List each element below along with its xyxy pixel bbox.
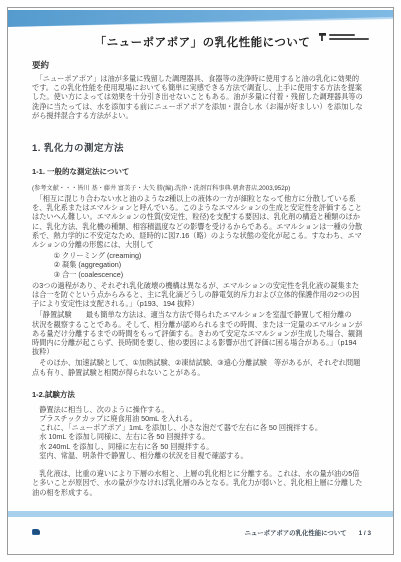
text-line: と多いことが原因で、水の量が少なければ乳化層のみとなる。乳化力が弱いと、乳化相上…: [32, 478, 373, 487]
text-line: ルションの分離の形態には、大別して: [32, 240, 373, 249]
section-1-1-heading: 1-1. 一般的な測定法について: [32, 166, 373, 177]
page-sheet: 「ニューポアポア」の乳化性能について 要約 「ニューポアポア」は油が多量に残留し…: [7, 7, 394, 555]
text-line: ③ 合一 (coalescence): [32, 270, 373, 279]
method-steps: 静置法に相当し、次のように操作する。 プラスチックカップに廃食用油 50mL を…: [32, 405, 373, 460]
document-title: 「ニューポアポア」の乳化性能について: [32, 34, 373, 50]
text-line: 室内、常温、明条件で静置し、相分離の状況を目視で確認する。: [32, 451, 373, 460]
text-line: 点も有り、静置試験と相関が得られないことがある。: [32, 368, 373, 377]
text-line: 「相互に混じり合わない水と油のような2種以上の液体の一方が細粒となって他方に分散…: [32, 194, 373, 203]
text-line: 油の相を形成する。: [32, 488, 373, 497]
text-line: です。この乳化性能を使用現場においても簡単に実感できる方法で調査し、上手に使用す…: [32, 83, 373, 92]
text-line: はたいへん難しい。エマルションの性質(安定性、粒径)を支配する要因は、乳化剤の構…: [32, 212, 373, 221]
text-line: ある量だけ分離するまでの時間をもって評価する。きわめて安定なエマルションが生成し…: [32, 329, 373, 338]
reference-line: (参考文献・・・皆川 基・藤井 富美子・大矢 勝(編).洗浄・洗剤百科事典.朝倉…: [32, 183, 373, 192]
text-line: 状況を観察することである。そして、相分離が認められるまでの時間、または一定量のエ…: [32, 320, 373, 329]
text-line: を、乳化系またはエマルションと呼んでいる。このようなエマルションの生成と安定性を…: [32, 203, 373, 212]
footer: ニューポアポアの乳化性能について 1 / 3: [32, 525, 371, 539]
text-line: がら撹拌混合する方法がよい。: [32, 111, 373, 120]
result-paragraph: 乳化液は、比重の違いにより下層の水相と、上層の乳化相とに分離する。これは、水の量…: [32, 469, 373, 497]
text-line: ① クリーミング (creaming): [32, 251, 373, 260]
text-line: 洗浄に当たっては、水を添加する前にニューポアポアを添加・混合し水（お湯が好ましい…: [32, 102, 373, 111]
text-line: した。使い方によっては効果を十分引き出せないこともある。油が多量に付着・残留した…: [32, 92, 373, 101]
footer-doc-title: ニューポアポアの乳化性能について: [244, 528, 346, 537]
text-line: 抜粋）: [32, 347, 373, 356]
quote-paragraph-2: の3つの過程があり、それぞれ乳化破壊の機構は異なるが、エマルションの安定性を乳化…: [32, 281, 373, 309]
section-1-2-heading: 1-2.試験方法: [32, 389, 373, 400]
text-line: 子により安定性は支配される。」（p193、194 抜粋）: [32, 299, 373, 308]
text-line: に、乳化方法、乳化機の種類、相容積温度などの影響を受けるからである。エマルション…: [32, 222, 373, 231]
summary-paragraph: 「ニューポアポア」は油が多量に残留した調理器具、食器等の洗浄時に使用すると油の乳…: [32, 74, 373, 120]
document-page: 「ニューポアポア」の乳化性能について 要約 「ニューポアポア」は油が多量に残留し…: [0, 0, 401, 562]
text-line: 水 10mL を添加し同様に、左右に各 50 回撹拌する。: [32, 432, 373, 441]
text-line: 時間内に分離が起こらず、長時間を要し、他の要因による影響が出て評価に困る場合があ…: [32, 338, 373, 347]
summary-heading: 要約: [32, 59, 373, 71]
text-line: 「ニューポアポア」は油が多量に残留した調理器具、食器等の洗浄時に使用すると油の乳…: [32, 74, 373, 83]
text-line: プラスチックカップに廃食用油 50mL を入れる。: [32, 414, 373, 423]
header-blue-band: [8, 10, 393, 27]
text-line: 乳化液は、比重の違いにより下層の水相と、上層の乳化相とに分離する。これは、水の量…: [32, 469, 373, 478]
footer-leaf-icon: [32, 529, 40, 535]
quote-paragraph-1: 「相互に混じり合わない水と油のような2種以上の液体の一方が細粒となって他方に分散…: [32, 194, 373, 249]
text-line: 「静置試験 最も簡単な方法は、適当な方法で得られたエマルションを室温で静置して相…: [32, 310, 373, 319]
text-line: は合一を防ぐという点からみると、主に乳化滴どうしの静電気的斥力および立体的保護作…: [32, 290, 373, 299]
text-line: これに、「ニューポアポア」1mL を添加し、小さな泡だて器で左右に各 50 回撹…: [32, 423, 373, 432]
section-1-heading: 1. 乳化力の測定方法: [32, 140, 373, 154]
quote-paragraph-3: 「静置試験 最も簡単な方法は、適当な方法で得られたエマルションを室温で静置して相…: [32, 310, 373, 356]
text-line: 水 240mL を添加し、同様に左右に各 50 回撹拌する。: [32, 442, 373, 451]
footer-blue-bar: [8, 511, 393, 517]
text-line: の3つの過程があり、それぞれ乳化破壊の機構は異なるが、エマルションの安定性を乳化…: [32, 281, 373, 290]
text-line: ② 凝集 (aggregation): [32, 260, 373, 269]
separation-type-list: ① クリーミング (creaming) ② 凝集 (aggregation) ③…: [32, 251, 373, 279]
footer-text-group: ニューポアポアの乳化性能について 1 / 3: [244, 528, 371, 537]
document-content: 「ニューポアポア」の乳化性能について 要約 「ニューポアポア」は油が多量に残留し…: [32, 34, 373, 497]
text-line: 系で、熱力学的に不安定なため、経時的に図7.16（略）のような状態の変化が起こる…: [32, 231, 373, 240]
footer-page-indicator: 1 / 3: [359, 530, 371, 537]
text-line: 静置法に相当し、次のように操作する。: [32, 405, 373, 414]
text-line: そのほか、加速試験として、①加熱試験、②凍結試験、③遠心分離試験 等があるが、そ…: [32, 358, 373, 367]
other-tests-paragraph: そのほか、加速試験として、①加熱試験、②凍結試験、③遠心分離試験 等があるが、そ…: [32, 358, 373, 376]
